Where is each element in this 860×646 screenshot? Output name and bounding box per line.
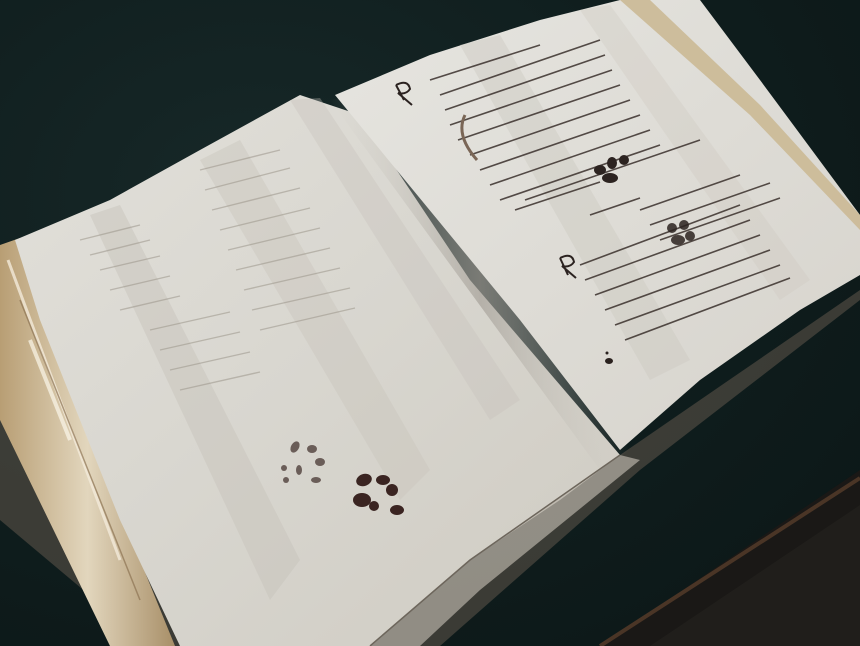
manuscript-photo <box>0 0 860 646</box>
photo-scene <box>0 0 860 646</box>
wooden-frame-edge <box>600 470 860 646</box>
